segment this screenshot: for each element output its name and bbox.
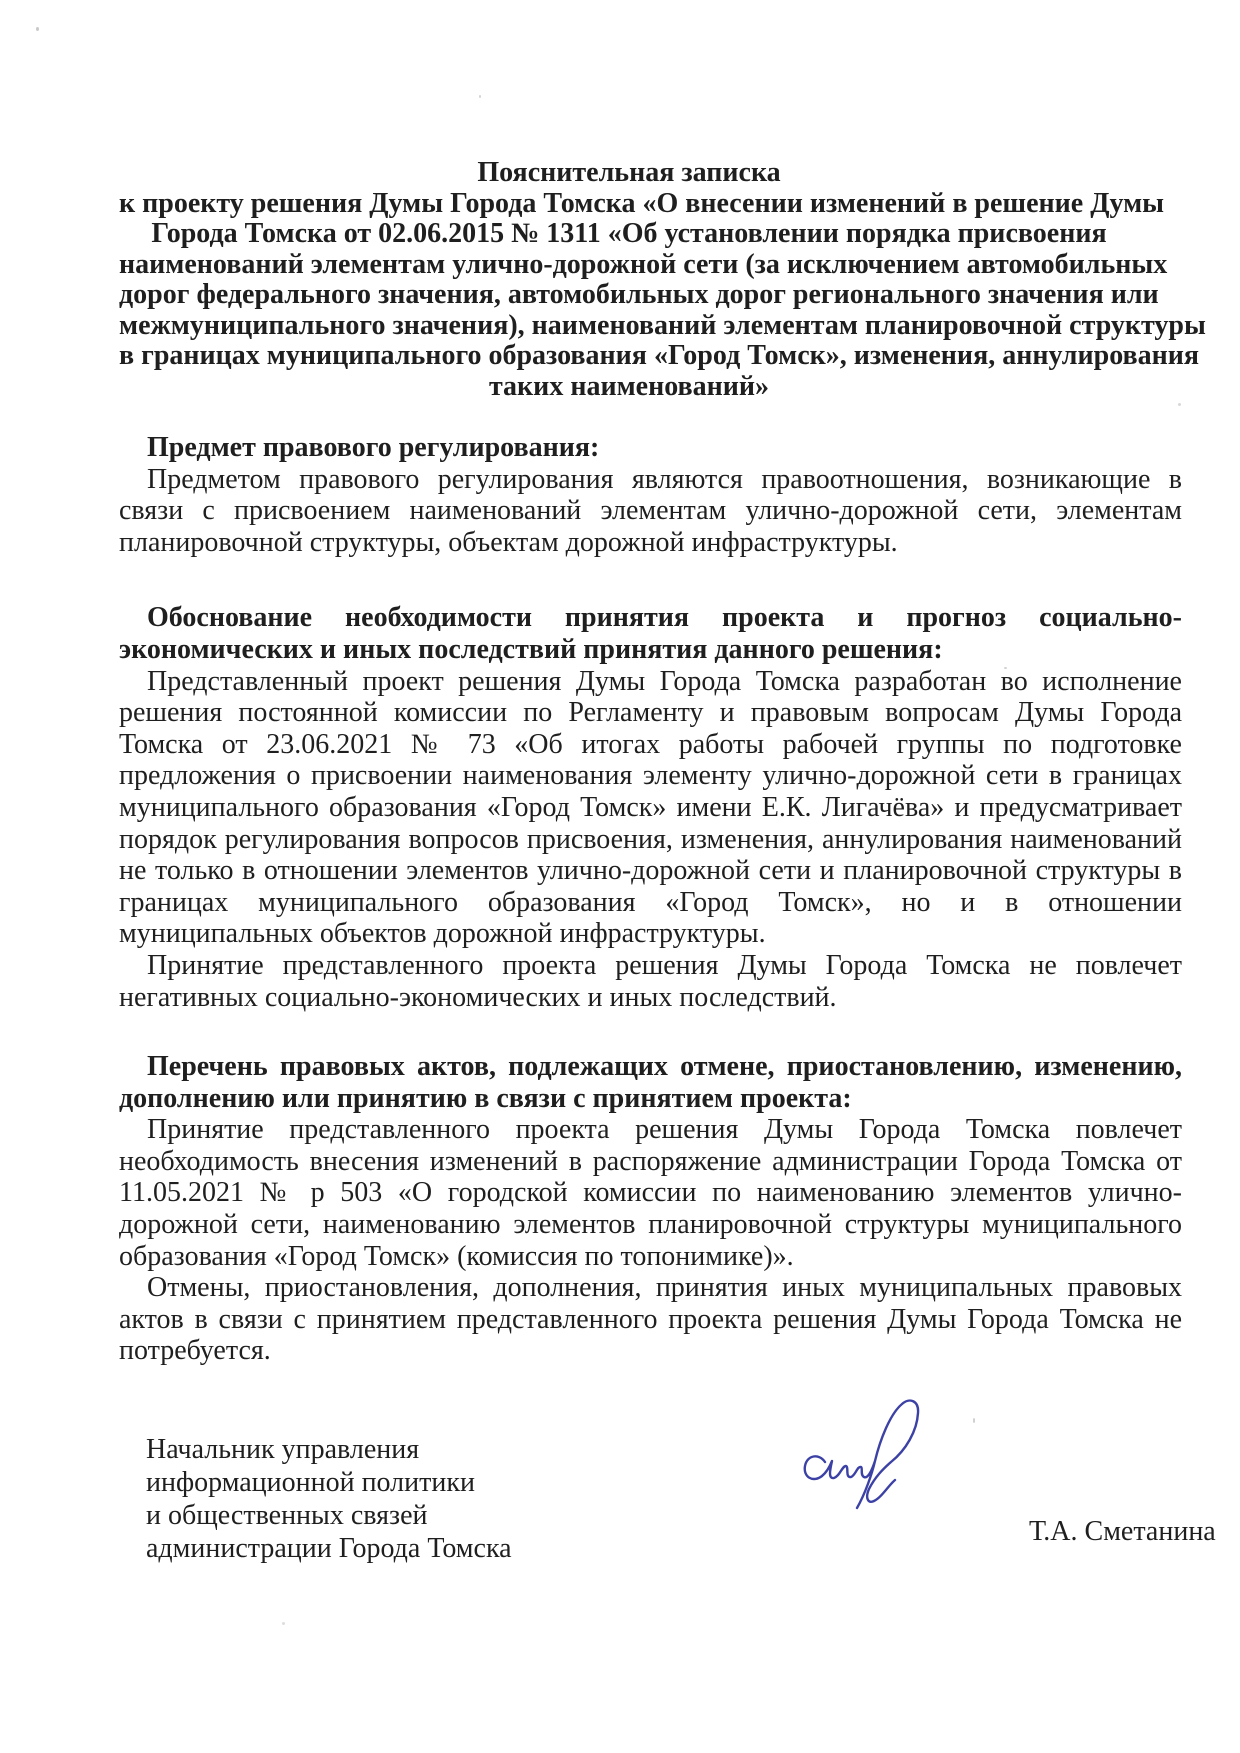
body-paragraph: Представленный проект решения Думы Город… (119, 666, 1182, 950)
body-paragraph: Отмены, приостановления, дополнения, при… (119, 1272, 1182, 1367)
document-title-line: к проекту решения Думы Города Томска «О … (119, 189, 1139, 220)
signer-position-line: информационной политики (146, 1466, 1182, 1499)
signer-position-line: Начальник управления (146, 1433, 1182, 1466)
signature-stroke (805, 1401, 918, 1508)
scan-speck (36, 27, 39, 31)
document-title-line: таких наименований» (119, 372, 1139, 403)
signer-position-line: администрации Города Томска (146, 1532, 1182, 1565)
signature-block: Начальник управления информационной поли… (146, 1433, 1182, 1565)
document-title: Пояснительная записка к проекту решения … (119, 158, 1139, 402)
section-heading-justification: Обоснование необходимости принятия проек… (119, 602, 1182, 665)
document-title-line: наименований элементам улично-дорожной с… (119, 250, 1139, 281)
document-page: Пояснительная записка к проекту решения … (0, 0, 1240, 1753)
document-title-line: в границах муниципального образования «Г… (119, 341, 1139, 372)
scan-speck (282, 1622, 285, 1625)
signer-name: Т.А. Сметанина (1029, 1515, 1216, 1548)
document-content: Пояснительная записка к проекту решения … (119, 0, 1182, 1565)
document-title-line: дорог федерального значения, автомобильн… (119, 280, 1139, 311)
section-heading-acts-list: Перечень правовых актов, подлежащих отме… (119, 1051, 1182, 1114)
signer-position-line: и общественных связей (146, 1499, 1182, 1532)
document-title-line: Пояснительная записка (119, 158, 1139, 189)
body-paragraph: Принятие представленного проекта решения… (119, 1114, 1182, 1272)
body-paragraph: Принятие представленного проекта решения… (119, 950, 1182, 1013)
body-paragraph: Предметом правового регулирования являют… (119, 464, 1182, 559)
handwritten-signature (795, 1398, 943, 1522)
document-title-line: межмуниципального значения), наименовани… (119, 311, 1139, 342)
section-heading-subject: Предмет правового регулирования: (119, 432, 1182, 464)
document-title-line: Города Томска от 02.06.2015 № 1311 «Об у… (119, 219, 1139, 250)
